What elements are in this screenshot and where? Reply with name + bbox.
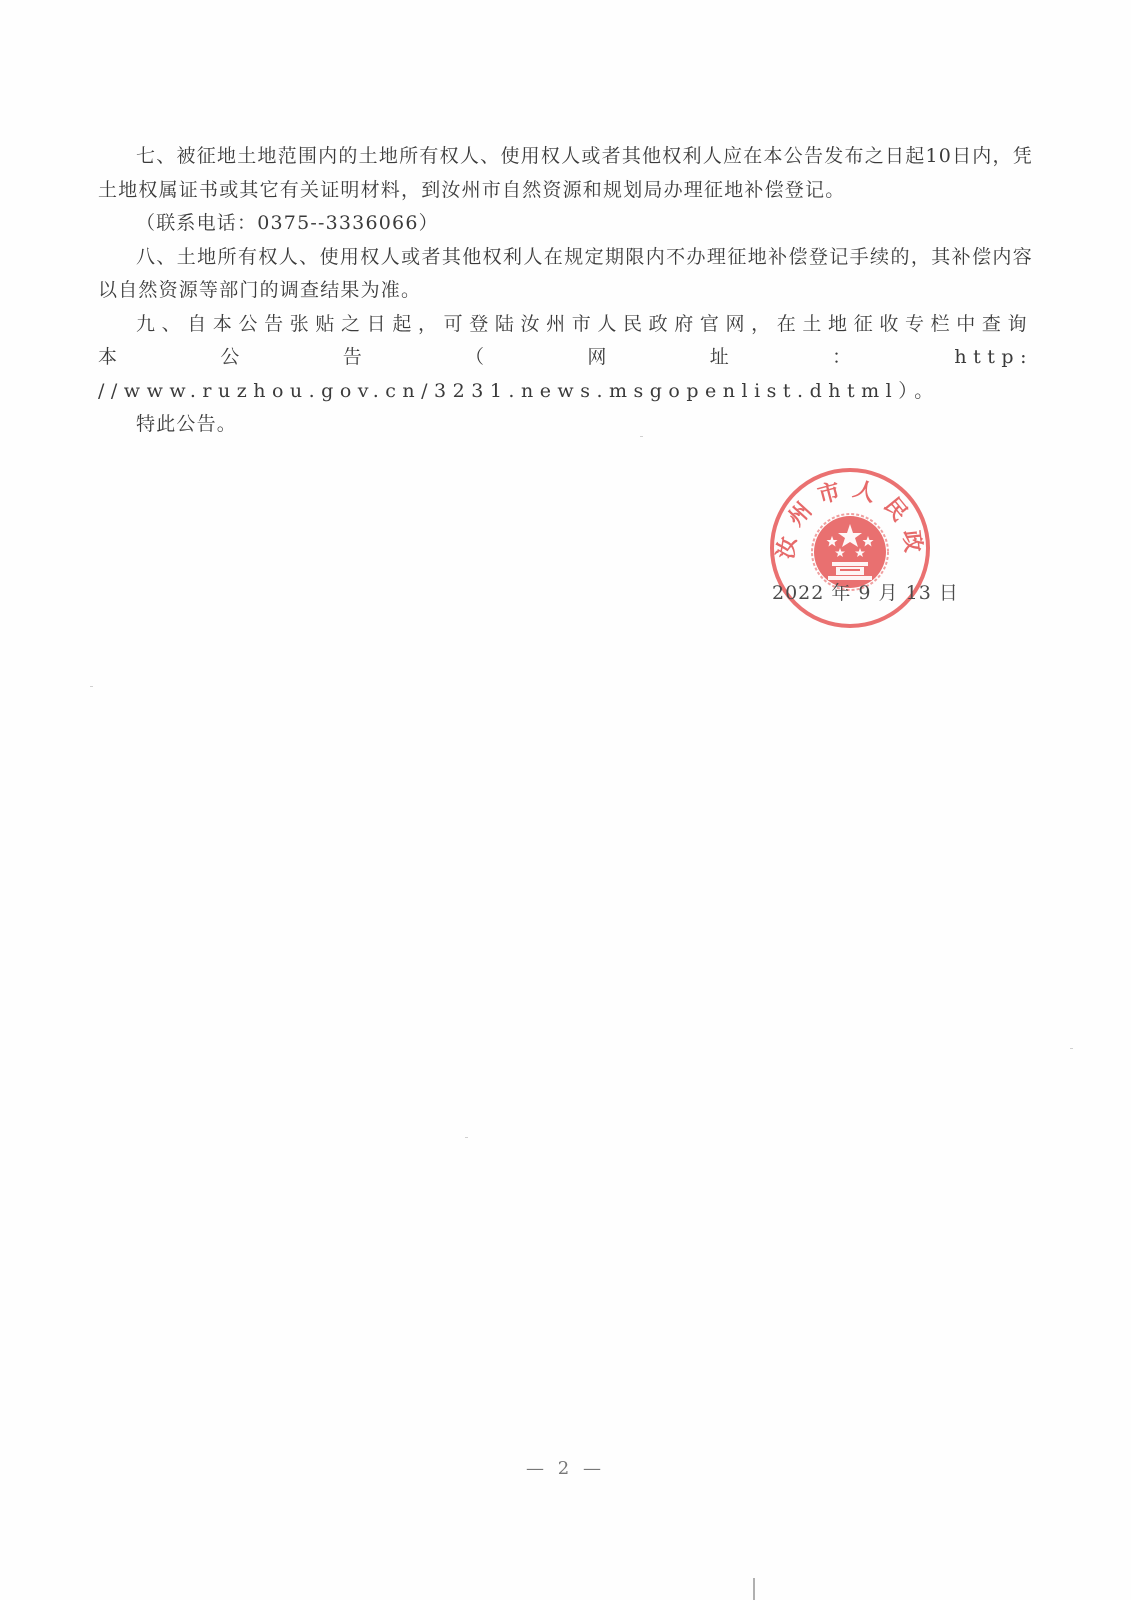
paragraph-contact-phone: （联系电话：0375--3336066） — [98, 207, 1033, 241]
document-body: 七、被征地土地范围内的土地所有权人、使用权人或者其他权利人应在本公告发布之日起1… — [98, 140, 1033, 442]
paragraph-eight: 八、土地所有权人、使用权人或者其他权利人在规定期限内不办理征地补偿登记手续的，其… — [98, 241, 1033, 308]
scan-artifact-line — [753, 1578, 755, 1600]
scan-speck — [640, 436, 643, 437]
issue-date: 2022 年 9 月 13 日 — [772, 578, 959, 605]
scan-speck — [1070, 1048, 1073, 1049]
paragraph-nine: 九、自本公告张贴之日起，可登陆汝州市人民政府官网，在土地征收专栏中查询本公告（网… — [98, 308, 1033, 409]
page-number: — 2 — — [0, 1458, 1131, 1479]
scan-speck — [90, 686, 93, 687]
document-page: 七、被征地土地范围内的土地所有权人、使用权人或者其他权利人应在本公告发布之日起1… — [0, 0, 1131, 1600]
paragraph-seven: 七、被征地土地范围内的土地所有权人、使用权人或者其他权利人应在本公告发布之日起1… — [98, 140, 1033, 207]
scan-speck — [465, 1137, 468, 1138]
paragraph-closing: 特此公告。 — [98, 408, 1033, 442]
